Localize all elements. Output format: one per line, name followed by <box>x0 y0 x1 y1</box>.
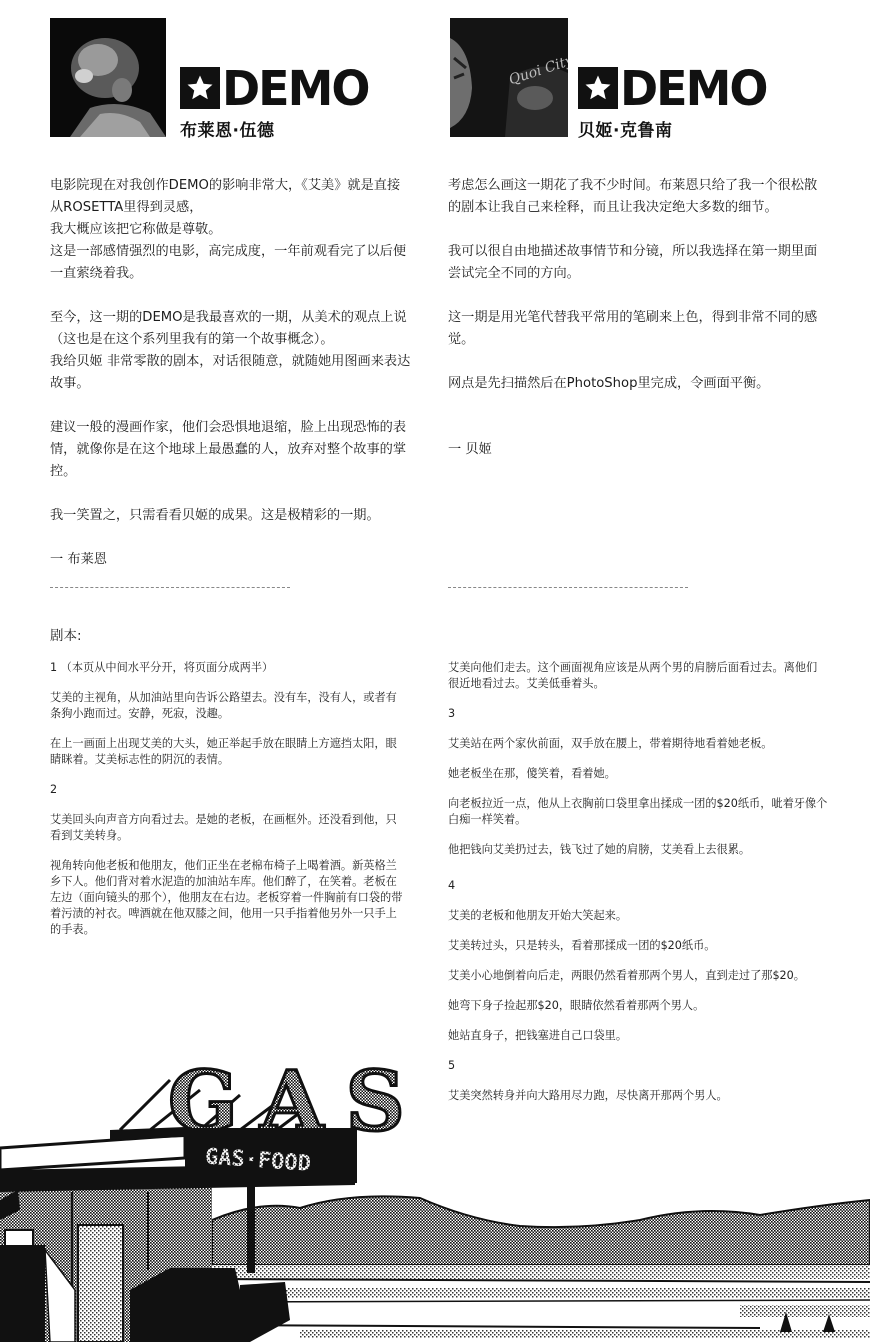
paragraph: 网点是先扫描然后在PhotoShop里完成，令画面平衡。 <box>448 373 826 395</box>
paragraph: 我一笑置之，只需看看贝姬的成果。这是极精彩的一期。 <box>50 505 412 527</box>
right-header: Quoi City DEMO 贝姬·克鲁南 <box>448 0 838 140</box>
author-photo-brian <box>50 18 166 137</box>
author-name: 贝姬·克鲁南 <box>578 116 672 141</box>
script-line: 向老板拉近一点，他从上衣胸前口袋里拿出揉成一团的$20纸币，呲着牙像个白痴一样笑… <box>448 796 828 828</box>
hills <box>212 1196 870 1265</box>
demo-logo-text: DEMO <box>222 66 369 110</box>
paragraph: 电影院现在对我创作DEMO的影响非常大，《艾美》就是直接从ROSETTA里得到灵… <box>50 175 412 219</box>
script-line: 艾美向他们走去。这个画面视角应该是从两个男的肩膀后面看过去。离他们很近地看过去。… <box>448 660 828 692</box>
script-line: 艾美转过头，只是转头，看着那揉成一团的$20纸币。 <box>448 938 828 954</box>
demo-logo-text: DEMO <box>620 66 767 110</box>
paragraph: 考虑怎么画这一期花了我不少时间。布莱恩只给了我一个很松散的剧本让我自己来栓释，而… <box>448 175 826 219</box>
script-line: 视角转向他老板和他朋友，他们正坐在老棉布椅子上喝着酒。新英格兰乡下人。他们背对着… <box>50 858 406 938</box>
left-column: DEMO 布莱恩·伍德 电影院现在对我创作DEMO的影响非常大，《艾美》就是直接… <box>50 0 430 140</box>
right-intro: 考虑怎么画这一期花了我不少时间。布莱恩只给了我一个很松散的剧本让我自己来栓释，而… <box>448 175 826 483</box>
script-line: 她弯下身子捡起那$20，眼睛依然看着那两个男人。 <box>448 998 828 1014</box>
paragraph: 我大概应该把它称做是尊敬。 <box>50 219 412 241</box>
portrait-image <box>50 18 166 137</box>
script-line: 他把钱向艾美扔过去，钱飞过了她的肩膀，艾美看上去很累。 <box>448 842 828 858</box>
left-intro: 电影院现在对我创作DEMO的影响非常大，《艾美》就是直接从ROSETTA里得到灵… <box>50 175 412 593</box>
script-line: 艾美的主视角，从加油站里向告诉公路望去。没有车，没有人，或者有条狗小跑而过。安静… <box>50 690 406 722</box>
star-icon <box>180 67 220 109</box>
paragraph: 我给贝姬 非常零散的剧本，对话很随意，就随她用图画来表达故事。 <box>50 351 412 395</box>
star-icon <box>578 67 618 109</box>
paragraph: 我可以很自由地描述故事情节和分镜，所以我选择在第一期里面尝试完全不同的方向。 <box>448 241 826 285</box>
scene-number: 2 <box>50 782 406 798</box>
paragraph: 这一期是用光笔代替我平常用的笔刷来上色，得到非常不同的感觉。 <box>448 307 826 351</box>
scene-number: 3 <box>448 706 828 722</box>
scene-number: 1 （本页从中间水平分开，将页面分成两半） <box>50 660 406 676</box>
right-column: Quoi City DEMO 贝姬·克鲁南 考虑怎么画这一期花了我不少时间。布莱… <box>448 0 838 140</box>
signature: 一 贝姬 <box>448 439 826 461</box>
left-header: DEMO 布莱恩·伍德 <box>50 0 430 140</box>
divider <box>50 587 290 588</box>
paragraph: 至今，这一期的DEMO是我最喜欢的一期，从美术的观点上说（这也是在这个系列里我有… <box>50 307 412 351</box>
script-line: 艾美的老板和他朋友开始大笑起来。 <box>448 908 828 924</box>
paragraph: 这是一部感情强烈的电影，高完成度，一年前观看完了以后便一直萦绕着我。 <box>50 241 412 285</box>
script-line: 艾美小心地倒着向后走，两眼仍然看着那两个男人，直到走过了那$20。 <box>448 968 828 984</box>
script-title: 剧本: <box>50 624 82 644</box>
gas-station-illustration: GAS GAS·FOOD <box>0 1020 870 1342</box>
script-line: 在上一画面上出现艾美的大头，她正举起手放在眼睛上方遮挡太阳，眼睛眯着。艾美标志性… <box>50 736 406 768</box>
left-script: 1 （本页从中间水平分开，将页面分成两半） 艾美的主视角，从加油站里向告诉公路望… <box>50 660 406 952</box>
author-name: 布莱恩·伍德 <box>180 116 274 141</box>
portrait-image: Quoi City <box>450 18 568 137</box>
scene-number: 4 <box>448 878 828 894</box>
script-line: 艾美回头向声音方向看过去。是她的老板，在画框外。还没看到他，只看到艾美转身。 <box>50 812 406 844</box>
demo-logo: DEMO <box>180 66 369 110</box>
paragraph: 建议一般的漫画作家，他们会恐惧地退缩，脸上出现恐怖的表情，就像你是在这个地球上最… <box>50 417 412 483</box>
demo-logo: DEMO <box>578 66 767 110</box>
script-line: 她老板坐在那，傻笑着，看着她。 <box>448 766 828 782</box>
divider <box>448 587 688 588</box>
script-line: 艾美站在两个家伙前面，双手放在腰上，带着期待地看着她老板。 <box>448 736 828 752</box>
signature: 一 布莱恩 <box>50 549 412 571</box>
author-photo-becky: Quoi City <box>450 18 568 137</box>
